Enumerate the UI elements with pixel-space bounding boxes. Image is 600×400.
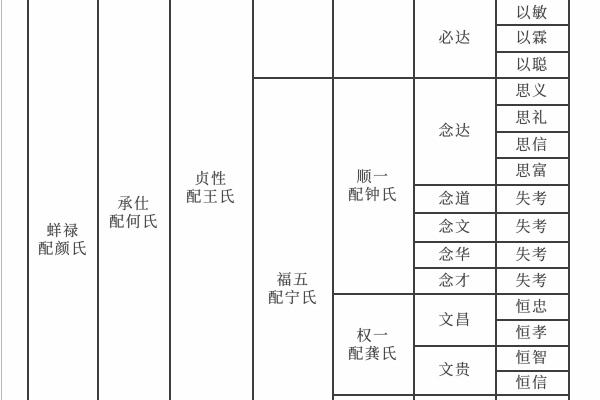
person-name: 以霖 [515, 29, 548, 47]
genealogy-table-page: 蛘禄 配颜氏 承仕 配何氏 贞性 配王氏 福五 配宁氏 顺一 配钟氏 权一 配龚… [0, 0, 600, 400]
cell-gen7-row13: 恒智 [515, 349, 548, 367]
cell-gen7-row2: 以聪 [515, 56, 548, 74]
person-name: 顺一 [356, 169, 389, 187]
person-name: 思富 [515, 162, 548, 180]
cell-gen7-row1: 以霖 [515, 29, 548, 47]
person-spouse: 配宁氏 [268, 289, 318, 307]
cell-gen7-row0: 以敏 [515, 4, 548, 22]
person-name: 恒孝 [515, 324, 548, 342]
cell-gen6-bida: 必达 [438, 29, 471, 47]
person-spouse: 配颜氏 [38, 240, 88, 258]
grid-line-vertical [252, 0, 254, 400]
person-name: 蛘禄 [46, 223, 79, 241]
person-name: 思义 [515, 82, 548, 100]
grid-line-horizontal [413, 212, 570, 214]
cell-gen7-row11: 恒忠 [515, 298, 548, 316]
grid-line-vertical [97, 0, 99, 400]
cell-gen6-niancai: 念才 [438, 272, 471, 290]
person-name: 思信 [515, 136, 548, 154]
grid-line-vertical [568, 0, 570, 400]
cell-gen7-row7: 失考 [515, 190, 548, 208]
cell-gen4-ancestor: 福五 配宁氏 [268, 272, 318, 307]
person-spouse: 配王氏 [186, 188, 236, 206]
grid-line-horizontal [252, 77, 570, 79]
person-name: 失考 [515, 246, 548, 264]
person-name: 念华 [438, 246, 471, 264]
person-name: 以聪 [515, 56, 548, 74]
person-spouse: 配龚氏 [348, 345, 398, 363]
person-name: 承仕 [117, 196, 150, 214]
grid-line-vertical [1, 0, 2, 400]
cell-gen7-row14: 恒信 [515, 374, 548, 392]
cell-gen6-wengui: 文贵 [438, 361, 471, 379]
cell-gen7-row12: 恒孝 [515, 324, 548, 342]
person-name: 必达 [438, 29, 471, 47]
person-name: 福五 [276, 272, 309, 290]
person-name: 文贵 [438, 361, 471, 379]
grid-line-horizontal [495, 157, 570, 159]
cell-gen5-shunyi: 顺一 配钟氏 [348, 169, 398, 204]
cell-gen6-nianda: 念达 [438, 122, 471, 140]
grid-line-horizontal [413, 184, 570, 186]
person-name: 贞性 [194, 171, 227, 189]
person-name: 念达 [438, 122, 471, 140]
cell-gen6-niandao: 念道 [438, 190, 471, 208]
person-name: 失考 [515, 190, 548, 208]
grid-line-horizontal [413, 241, 570, 243]
person-name: 权一 [356, 328, 389, 346]
person-name: 恒信 [515, 374, 548, 392]
cell-gen6-nianwen: 念文 [438, 218, 471, 236]
cell-gen6-nianhua: 念华 [438, 246, 471, 264]
cell-gen7-row8: 失考 [515, 218, 548, 236]
person-name: 思礼 [515, 109, 548, 127]
person-name: 恒忠 [515, 298, 548, 316]
cell-gen7-row4: 思礼 [515, 109, 548, 127]
person-name: 文昌 [438, 311, 471, 329]
grid-line-horizontal [332, 293, 570, 295]
person-name: 恒智 [515, 349, 548, 367]
grid-line-horizontal [495, 131, 570, 133]
grid-line-vertical [27, 0, 29, 400]
grid-line-horizontal [332, 394, 570, 396]
grid-line-vertical [413, 0, 415, 400]
grid-line-horizontal [413, 267, 570, 269]
cell-gen7-row10: 失考 [515, 272, 548, 290]
cell-gen7-row9: 失考 [515, 246, 548, 264]
person-name: 念才 [438, 272, 471, 290]
grid-line-vertical [495, 0, 497, 400]
person-spouse: 配何氏 [109, 213, 159, 231]
grid-line-horizontal [495, 104, 570, 106]
person-name: 念道 [438, 190, 471, 208]
person-name: 念文 [438, 218, 471, 236]
person-name: 以敏 [515, 4, 548, 22]
grid-line-horizontal [495, 51, 570, 53]
person-spouse: 配钟氏 [348, 186, 398, 204]
grid-line-horizontal [495, 24, 570, 26]
grid-line-vertical [169, 0, 171, 400]
cell-gen3-ancestor: 贞性 配王氏 [186, 171, 236, 206]
person-name: 失考 [515, 218, 548, 236]
cell-gen7-row6: 思富 [515, 162, 548, 180]
person-name: 失考 [515, 272, 548, 290]
grid-line-horizontal [495, 370, 570, 372]
grid-line-vertical [332, 0, 334, 400]
cell-gen1-ancestor: 蛘禄 配颜氏 [38, 223, 88, 258]
grid-line-horizontal [495, 319, 570, 321]
cell-gen6-wenchang: 文昌 [438, 311, 471, 329]
cell-gen7-row5: 思信 [515, 136, 548, 154]
cell-gen7-row3: 思义 [515, 82, 548, 100]
cell-gen5-quanyi: 权一 配龚氏 [348, 328, 398, 363]
cell-gen2-ancestor: 承仕 配何氏 [109, 196, 159, 231]
grid-line-horizontal [413, 345, 570, 347]
